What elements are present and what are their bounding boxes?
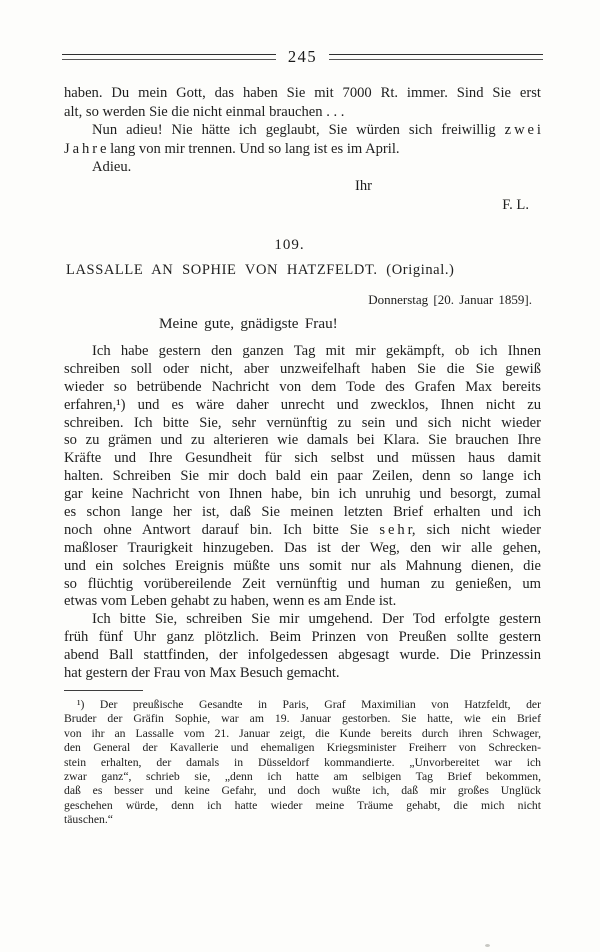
footnote-line: täuschen.“ xyxy=(64,813,541,827)
text-line: J a h r e lang von mir trennen. Und so l… xyxy=(64,140,541,159)
letter-body: Ich habe gestern den ganzen Tag mit mir … xyxy=(64,343,541,683)
text-line: so flüchtig vorübereilende Zeit vernünft… xyxy=(64,576,541,594)
text-line: hat gestern der Frau von Max Besuch gema… xyxy=(64,665,541,683)
footnote: ¹) Der preußische Gesandte in Paris, Gra… xyxy=(64,698,541,828)
footnote-separator xyxy=(64,690,143,691)
footnote-line: von ihr an Lassalle vom 21. Januar zeigt… xyxy=(64,727,541,741)
text-line: wieder so betrübende Nachricht von dem T… xyxy=(64,379,541,397)
book-page: 245 haben. Du mein Gott, das haben Sie m… xyxy=(0,0,600,952)
scan-speck xyxy=(485,944,490,947)
text-line: schreiben soll oder nicht, aber unzweife… xyxy=(64,361,541,379)
footnote-line: geschehen würde, denn ich hatte wieder m… xyxy=(64,799,541,813)
previous-letter-ending: haben. Du mein Gott, das haben Sie mit 7… xyxy=(64,84,541,214)
text-line: so zu grämen und zu alterieren wie damal… xyxy=(64,432,541,450)
letter-date: Donnerstag [20. Januar 1859]. xyxy=(64,292,541,308)
text-line: gar keine Nachricht von Ihnen habe, bin … xyxy=(64,486,541,504)
text-line: alt, so werden Sie die nicht einmal brau… xyxy=(64,103,541,122)
text-line: Nun adieu! Nie hätte ich geglaubt, Sie w… xyxy=(64,121,541,140)
letter-signature: F. L. xyxy=(64,196,541,215)
page-number: 245 xyxy=(285,50,320,64)
header-rule-right xyxy=(329,54,543,60)
footnote-line: ¹) Der preußische Gesandte in Paris, Gra… xyxy=(64,698,541,712)
letter-closing: Ihr xyxy=(64,177,541,196)
text-line: haben. Du mein Gott, das haben Sie mit 7… xyxy=(64,84,541,103)
text-line: Kräfte und Ihre Gesundheit für sich selb… xyxy=(64,450,541,468)
header-rule-left xyxy=(62,54,276,60)
text-line: maßloser Traurigkeit hinzugeben. Das ist… xyxy=(64,540,541,558)
footnote-line: den General der Kavallerie und ehemalige… xyxy=(64,741,541,755)
text-line: abend Ball stattfinden, der infolgedesse… xyxy=(64,647,541,665)
text-line: noch ohne Antwort darauf bin. Ich bitte … xyxy=(64,522,541,540)
page-header: 245 xyxy=(62,50,543,64)
text-line: erfahren,¹) und es wäre daher unrecht un… xyxy=(64,397,541,415)
footnote-line: Bruder der Gräfin Sophie, war am 19. Jan… xyxy=(64,712,541,726)
footnote-line: daß es besser und keine Gefahr, und doch… xyxy=(64,784,541,798)
footnote-line: stein erhalten, der damals in Düsseldorf… xyxy=(64,756,541,770)
text-line: schreiben. Ich bitte Sie, sehr vernünfti… xyxy=(64,415,541,433)
text-line: halten. Schreiben Sie mir doch bald ein … xyxy=(64,468,541,486)
text-line: früh fünf Uhr ganz plötzlich. Beim Prinz… xyxy=(64,629,541,647)
text-line: etwas vom Leben gehabt zu haben, wenn es… xyxy=(64,593,541,611)
text-line: es schon lange her ist, daß Sie meinen l… xyxy=(64,504,541,522)
text-line: Ich habe gestern den ganzen Tag mit mir … xyxy=(64,343,541,361)
text-line: und ein solches Ereignis müßte uns somit… xyxy=(64,558,541,576)
text-line: Ich bitte Sie, schreiben Sie mir umgehen… xyxy=(64,611,541,629)
letter-salutation: Meine gute, gnädigste Frau! xyxy=(64,315,338,333)
footnote-line: zwar ganz“, schrieb sie, „denn ich hatte… xyxy=(64,770,541,784)
letter-number: 109. xyxy=(64,237,541,254)
text-line: Adieu. xyxy=(64,158,541,177)
letter-title: LASSALLE AN SOPHIE VON HATZFELDT. (Origi… xyxy=(66,262,455,279)
